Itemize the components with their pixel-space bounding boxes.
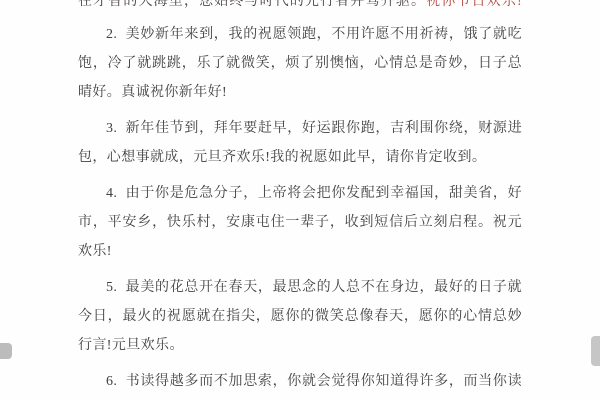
paragraph-5: 5. 最美的花总开在春天，最思念的人总不在身边，最好的日子就在 今日，最火的祝愿…	[78, 273, 522, 360]
paragraph-5-line-3: 行言!元旦欢乐。	[78, 331, 522, 360]
paragraph-4-line-3: 欢乐!	[78, 237, 522, 266]
document-page: 在才智的大海里，您始终与时代的先行者并驾齐驱。祝你节日欢乐! 2. 美妙新年来到…	[0, 0, 600, 400]
title-line-cropped: 在才智的大海里，您始终与时代的先行者并驾齐驱。祝你节日欢乐!	[78, 0, 522, 13]
paragraph-2-line-3: 晴好。真诚祝你新年好!	[78, 78, 522, 107]
paragraph-3: 3. 新年佳节到，拜年要赶早，好运跟你跑，吉利围你绕，财源进腰 包，心想事就成，…	[78, 114, 522, 172]
paragraph-3-line-1: 3. 新年佳节到，拜年要赶早，好运跟你跑，吉利围你绕，财源进腰	[78, 114, 522, 143]
left-edge-artifact	[0, 343, 12, 359]
paragraph-2: 2. 美妙新年来到，我的祝愿领跑，不用许愿不用祈祷，饿了就吃 饱，冷了就跳跳，乐…	[78, 20, 522, 107]
paragraph-6: 6. 书读得越多而不加思索，你就会觉得你知道得许多，而当你读书	[78, 367, 522, 396]
paragraph-2-line-1: 2. 美妙新年来到，我的祝愿领跑，不用许愿不用祈祷，饿了就吃	[78, 20, 522, 49]
paragraph-2-line-2: 饱，冷了就跳跳，乐了就微笑，烦了别懊恼，心情总是奇妙，日子总是	[78, 49, 522, 78]
title-line: 在才智的大海里，您始终与时代的先行者并驾齐驱。祝你节日欢乐!	[78, 0, 522, 13]
paragraph-4-line-1: 4. 由于你是危急分子，上帝将会把你发配到幸福国，甜美省，好运	[78, 179, 522, 208]
paragraph-5-line-2: 今日，最火的祝愿就在指尖，愿你的微笑总像春天，愿你的心情总妙不	[78, 302, 522, 331]
paragraph-3-line-2: 包，心想事就成，元旦齐欢乐!我的祝愿如此早，请你肯定收到。	[78, 143, 522, 172]
paragraph-6-line-1: 6. 书读得越多而不加思索，你就会觉得你知道得许多，而当你读书	[78, 367, 522, 396]
title-line-text: 在才智的大海里，您始终与时代的先行者并驾齐驱。	[78, 0, 426, 9]
text-column: 在才智的大海里，您始终与时代的先行者并驾齐驱。祝你节日欢乐! 2. 美妙新年来到…	[78, 0, 522, 396]
paragraph-5-line-1: 5. 最美的花总开在春天，最思念的人总不在身边，最好的日子就在	[78, 273, 522, 302]
paragraph-4: 4. 由于你是危急分子，上帝将会把你发配到幸福国，甜美省，好运 市，平安乡，快乐…	[78, 179, 522, 266]
paragraph-4-line-2: 市，平安乡，快乐村，安康屯住一辈子，收到短信后立刻启程。祝元旦	[78, 208, 522, 237]
title-line-highlight: 祝你节日欢乐!	[426, 0, 522, 9]
right-edge-artifact	[591, 336, 600, 366]
